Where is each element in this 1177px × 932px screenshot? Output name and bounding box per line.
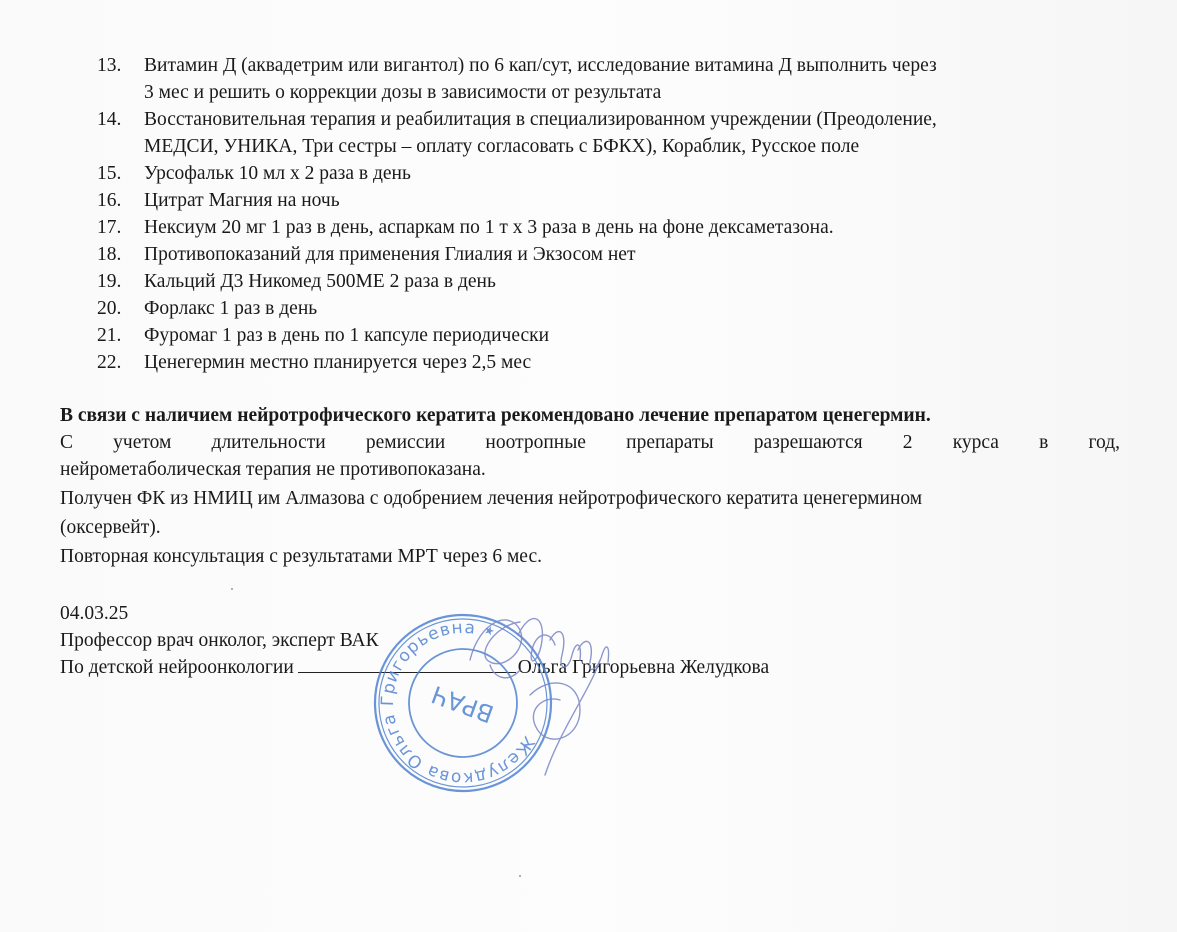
item-number: 17. <box>97 214 121 241</box>
doctor-title: Профессор врач онколог, эксперт ВАК <box>60 627 1120 654</box>
list-item: 18. Противопоказаний для применения Глиа… <box>97 241 1127 268</box>
item-text-line: Фуромаг 1 раз в день по 1 капсуле период… <box>144 322 1127 349</box>
list-item: 14. Восстановительная терапия и реабилит… <box>97 106 1127 160</box>
list-item: 16. Цитрат Магния на ночь <box>97 187 1127 214</box>
approval-note-line2: (оксервейт). <box>60 514 1120 541</box>
item-text-line: Витамин Д (аквадетрим или вигантол) по 6… <box>144 52 1127 79</box>
item-number: 16. <box>97 187 121 214</box>
list-item: 13. Витамин Д (аквадетрим или вигантол) … <box>97 52 1127 106</box>
signature-line <box>298 654 516 673</box>
item-number: 19. <box>97 268 121 295</box>
list-item: 19. Кальций Д3 Никомед 500МЕ 2 раза в де… <box>97 268 1127 295</box>
doctor-name: Ольга Григорьевна Желудкова <box>518 657 769 678</box>
item-number: 20. <box>97 295 121 322</box>
list-item: 17. Нексиум 20 мг 1 раз в день, аспаркам… <box>97 214 1127 241</box>
paper-speck <box>231 588 233 590</box>
paper-speck <box>519 875 521 877</box>
list-item: 20. Форлакс 1 раз в день <box>97 295 1127 322</box>
nootropics-note-line1: С учетом длительности ремиссии ноотропны… <box>60 429 1120 456</box>
document-date: 04.03.25 <box>60 600 1120 627</box>
item-text-line: Кальций Д3 Никомед 500МЕ 2 раза в день <box>144 268 1127 295</box>
list-item: 15. Урсофальк 10 мл х 2 раза в день <box>97 160 1127 187</box>
doctor-specialty: По детской нейроонкологии <box>60 657 294 678</box>
item-number: 13. <box>97 52 121 79</box>
item-text-line: Урсофальк 10 мл х 2 раза в день <box>144 160 1127 187</box>
item-text-line: Нексиум 20 мг 1 раз в день, аспаркам по … <box>144 214 1127 241</box>
item-text-line: Восстановительная терапия и реабилитация… <box>144 106 1127 133</box>
item-number: 14. <box>97 106 121 133</box>
item-text-line: Противопоказаний для применения Глиалия … <box>144 241 1127 268</box>
approval-note-line1: Получен ФК из НМИЦ им Алмазова с одобрен… <box>60 485 1120 512</box>
document-page: 13. Витамин Д (аквадетрим или вигантол) … <box>0 0 1177 932</box>
stamp-center-text: ВРАЧ <box>428 680 498 728</box>
nootropics-note-line2: нейрометаболическая терапия не противопо… <box>60 456 1120 483</box>
item-number: 15. <box>97 160 121 187</box>
list-item: 21. Фуромаг 1 раз в день по 1 капсуле пе… <box>97 322 1127 349</box>
doctor-specialty-line: По детской нейроонкологииОльга Григорьев… <box>60 654 1120 681</box>
item-text-line: Цитрат Магния на ночь <box>144 187 1127 214</box>
list-item: 22. Ценегермин местно планируется через … <box>97 349 1127 376</box>
item-number: 21. <box>97 322 121 349</box>
item-number: 18. <box>97 241 121 268</box>
item-text-line: 3 мес и решить о коррекции дозы в зависи… <box>144 79 1127 106</box>
item-number: 22. <box>97 349 121 376</box>
item-text-line: МЕДСИ, УНИКА, Три сестры – оплату соглас… <box>144 133 1127 160</box>
followup-note: Повторная консультация с результатами МР… <box>60 543 1120 570</box>
treatment-recommendation: В связи с наличием нейротрофического кер… <box>60 402 1120 429</box>
item-text-line: Ценегермин местно планируется через 2,5 … <box>144 349 1127 376</box>
recommendations-list: 13. Витамин Д (аквадетрим или вигантол) … <box>97 52 1127 376</box>
item-text-line: Форлакс 1 раз в день <box>144 295 1127 322</box>
